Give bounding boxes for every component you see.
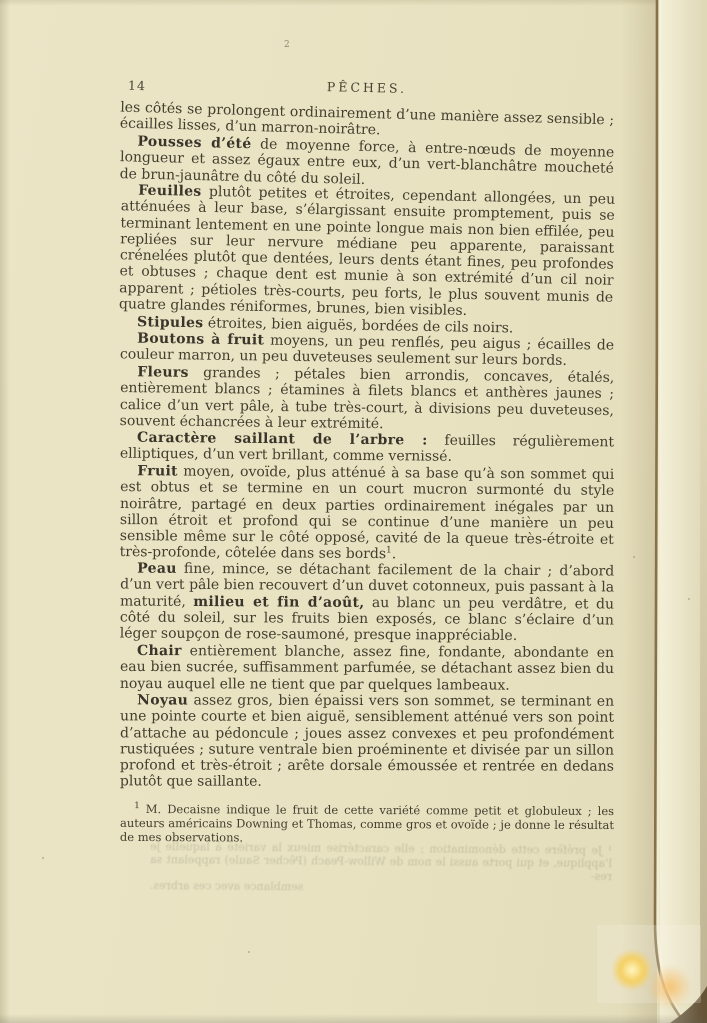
text-run: .: [392, 546, 397, 562]
lead-word: milieu et fin d’août,: [193, 594, 364, 611]
page-curl-shade: [621, 0, 657, 1023]
paragraph: Noyau assez gros, bien épaissi vers son …: [120, 692, 614, 791]
paper-speck: [688, 598, 690, 600]
text-run: M. Decaisne indique le fruit de cette va…: [120, 802, 614, 844]
top-edge-shadow: [0, 0, 707, 6]
lead-word: Feuilles: [138, 183, 202, 200]
bottom-edge-shadow: [0, 1014, 707, 1023]
paragraph: Chair entièrement blanche, assez fine, f…: [120, 643, 614, 694]
right-edge-shadow: [700, 0, 707, 1023]
text-run: entièrement blanche, assez fine, fondant…: [120, 643, 614, 693]
lead-word: Noyau: [137, 692, 188, 708]
stain-blob-yellow: [613, 948, 651, 992]
footnote: 1 M. Decaisne indique le fruit de cette …: [120, 803, 614, 847]
paragraph: Fruit moyen, ovoïde, plus atténué à sa b…: [120, 463, 615, 565]
left-edge-shadow: [0, 0, 10, 1023]
paragraph: Peau fine, mince, se détachant facilemen…: [120, 561, 614, 646]
lead-word: Chair: [137, 643, 182, 659]
lead-word: Peau: [137, 561, 177, 577]
paragraph: Caractère saillant de l’arbre : feuilles…: [120, 430, 614, 467]
text-run: grandes ; pétales bien arrondis, concave…: [120, 365, 615, 432]
paragraph: Feuilles plutôt petites et étroites, cep…: [119, 183, 615, 323]
text-run: moyen, ovoïde, plus atténué à sa base qu…: [120, 463, 615, 562]
paper-speck: [633, 556, 635, 558]
stain-blob-orange: [648, 964, 692, 1010]
text-run: assez gros, bien épaissi vers son sommet…: [120, 692, 614, 790]
lead-word: Pousses d’été: [137, 133, 251, 152]
text-run: les côtés se prolongent ordinairement d’…: [120, 100, 615, 139]
lead-word: Boutons à fruit: [137, 331, 264, 349]
showthrough-line: ¹ Je préfère cette dénomination ; elle c…: [150, 840, 612, 883]
text-block: les côtés se prolongent ordinairement d’…: [120, 106, 614, 846]
paragraph: Fleurs grandes ; pétales bien arrondis, …: [120, 364, 615, 435]
lead-word: Stipules: [137, 314, 204, 331]
showthrough-text: ¹ Je préfère cette dénomination ; elle c…: [150, 840, 612, 896]
paper-speck: [248, 951, 250, 953]
paper-speck: [42, 857, 44, 859]
lead-word: Fruit: [137, 463, 178, 479]
corner-mark: 2: [284, 40, 290, 50]
lead-word: Fleurs: [137, 364, 189, 381]
text-run: plutôt petites et étroites, cependant al…: [119, 184, 615, 319]
